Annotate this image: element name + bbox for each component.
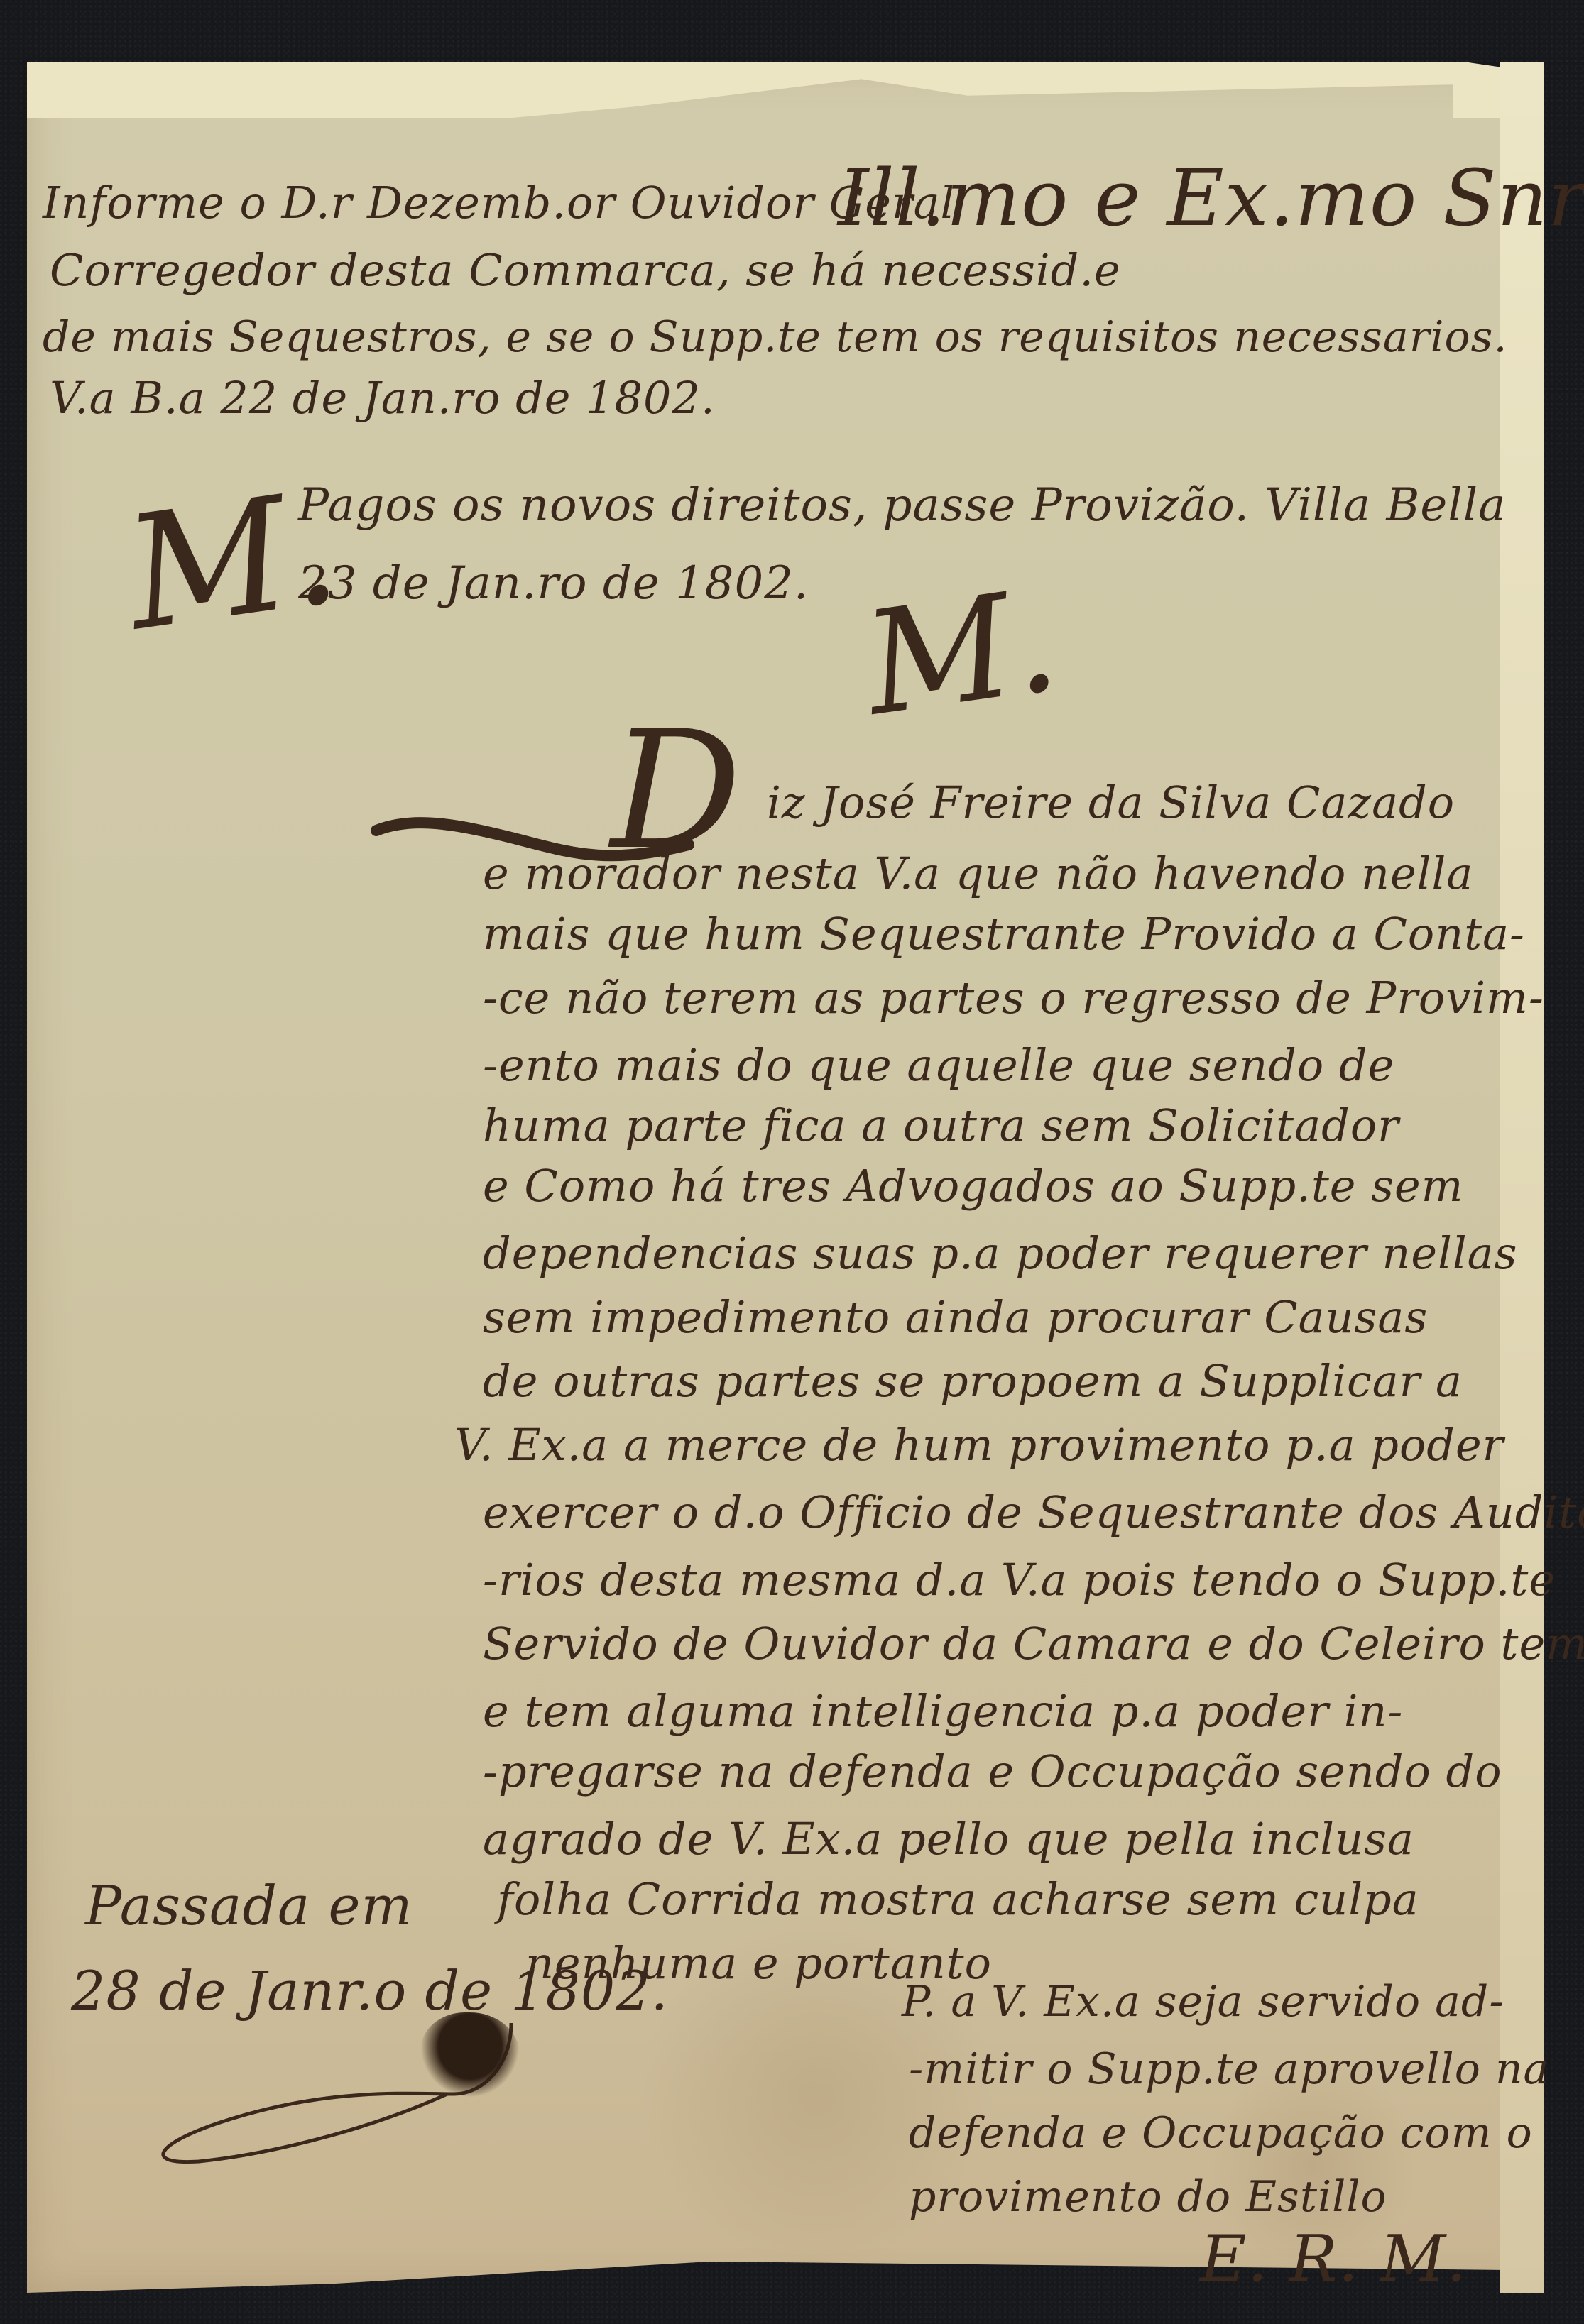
petition-line: exercer o d.o Officio de Sequestrante do… <box>483 1491 1584 1535</box>
petition-line: Servido de Ouvidor da Camara e do Celeir… <box>483 1622 1584 1666</box>
petition-line: -ento mais do que aquelle que sendo de <box>483 1043 1394 1087</box>
closing-line: -mitir o Supp.te aprovello na <box>909 2048 1549 2090</box>
margin-note-line: Passada em <box>85 1874 413 1937</box>
petition-line: sem impedimento ainda procurar Causas <box>483 1295 1428 1339</box>
petition-line: -rios desta mesma d.a V.a pois tendo o S… <box>483 1558 1556 1602</box>
petition-line: huma parte fica a outra sem Solicitador <box>483 1104 1399 1148</box>
closing-line: provimento do Estillo <box>909 2176 1387 2218</box>
closing-line: defenda e Occupação com o <box>909 2112 1533 2154</box>
petition-line: dependencias suas p.a poder requerer nel… <box>483 1232 1517 1276</box>
closing-formula-erm: E. R. M. <box>1200 2222 1468 2296</box>
rubric-signature: M. <box>857 569 1066 736</box>
petition-line: V. Ex.a a merce de hum provimento p.a po… <box>454 1423 1504 1467</box>
despacho-1-line: de mais Sequestros, e se o Supp.te tem o… <box>43 316 1508 358</box>
paper-trimmed-right-edge <box>1500 62 1544 2293</box>
petition-line: folha Corrida mostra acharse sem culpa <box>497 1878 1419 1922</box>
petition-line: agrado de V. Ex.a pello que pella inclus… <box>483 1817 1414 1861</box>
despacho-1-line: Informe o D.r Dezemb.or Ouvidor Geral <box>43 181 955 225</box>
despacho-1-line: Corregedor desta Commarca, se há necessi… <box>50 248 1121 292</box>
salutation: Ill.mo e Ex.mo Snr. <box>838 153 1584 243</box>
petition-line: e morador nesta V.a que não havendo nell… <box>483 852 1473 896</box>
petition-line: -ce não terem as partes o regresso de Pr… <box>483 976 1544 1020</box>
petition-line: iz José Freire da Silva Cazado <box>767 781 1455 825</box>
ink-blot-seal <box>420 2012 520 2098</box>
despacho-1-line: V.a B.a 22 de Jan.ro de 1802. <box>50 376 716 420</box>
petition-line: e tem alguma intelligencia p.a poder in- <box>483 1689 1403 1733</box>
despacho-2-line: 23 de Jan.ro de 1802. <box>298 561 809 606</box>
despacho-2-line: Pagos os novos direitos, passe Provizão.… <box>298 483 1506 528</box>
petition-line: mais que hum Sequestrante Provido a Cont… <box>483 912 1525 956</box>
closing-line: P. a V. Ex.a seja servido ad- <box>902 1980 1504 2023</box>
petition-line: de outras partes se propoem a Supplicar … <box>483 1359 1463 1403</box>
petition-line: e Como há tres Advogados ao Supp.te sem <box>483 1164 1463 1208</box>
petition-line: -pregarse na defenda e Occupação sendo d… <box>483 1750 1502 1794</box>
